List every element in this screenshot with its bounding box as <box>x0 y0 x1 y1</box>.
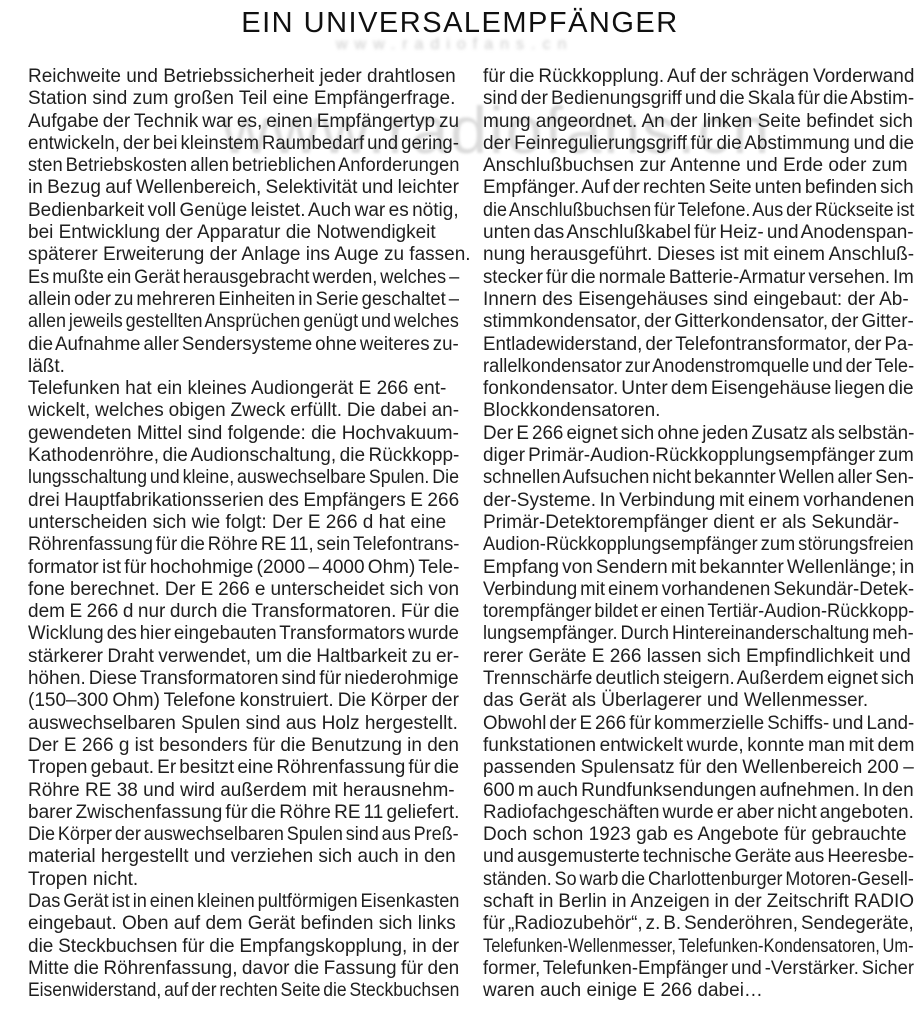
text-line: entwickeln, der bei kleinstem Raumbedarf… <box>28 133 449 155</box>
left-column: Reichweite und Betriebssicherheit jeder … <box>28 66 459 1002</box>
text-line: Wicklung des hier eingebauten Transforma… <box>28 623 451 645</box>
text-line: (150–300 Ohm) Telefone konstruiert. Die … <box>28 690 459 712</box>
text-line: Audion-Rückkopplungsempfänger zum störun… <box>483 534 897 556</box>
text-line: stimmkondensator, der Gitterkondensator,… <box>483 311 910 333</box>
text-line: Station sind zum großen Teil eine Empfän… <box>28 88 459 110</box>
text-line: Verbindung mit einem vorhandenen Sekundä… <box>483 579 905 601</box>
text-line: Innern des Eisengehäuses sind eingebaut:… <box>483 289 914 311</box>
text-line: Eisenwiderstand, auf der rechten Seite d… <box>28 980 425 1002</box>
text-line: stärkerer Draht verwendet, um die Haltba… <box>28 646 459 668</box>
text-line: der-Systeme. In Verbindung mit einem vor… <box>483 490 914 512</box>
text-line: barer Zwischenfassung für die Röhre RE 1… <box>28 802 459 824</box>
text-line: Entladewiderstand, der Telefontransforma… <box>483 334 908 356</box>
text-line: unten das Anschlußkabel für Heiz- und An… <box>483 222 914 244</box>
text-line: läßt. <box>28 356 459 378</box>
text-line: in Bezug auf Wellenbereich, Selektivität… <box>28 177 459 199</box>
text-line: Anschlußbuchsen zur Antenne und Erde ode… <box>483 155 914 177</box>
text-line: bei Entwicklung der Apparatur die Notwen… <box>28 222 459 244</box>
text-line: rallelkondensator zur Anodenstromquelle … <box>483 356 897 378</box>
text-line: der Feinregulierungsgriff für die Abstim… <box>483 133 914 155</box>
text-line: das Gerät als Überlagerer und Wellenmess… <box>483 690 914 712</box>
text-line: former, Telefunken-Empfänger und -Verstä… <box>483 958 900 980</box>
text-line: Reichweite und Betriebssicherheit jeder … <box>28 66 459 88</box>
text-line: für die Rückkopplung. Auf der schrägen V… <box>483 66 914 88</box>
text-line: material hergestellt und verziehen sich … <box>28 846 459 868</box>
text-line: lungsempfänger. Durch Hintereinanderscha… <box>483 623 896 645</box>
text-line: torempfänger bildet er einen Tertiär-Aud… <box>483 601 897 623</box>
text-line: nung herausgeführt. Dieses ist mit einem… <box>483 244 914 266</box>
text-line: die Anschlußbuchsen für Telefone. Aus de… <box>483 200 889 222</box>
text-line: ständen. So warb die Charlottenburger Mo… <box>483 869 889 891</box>
text-line: Obwohl der E 266 für kommerzielle Schiff… <box>483 713 907 735</box>
text-line: für „Radiozubehör“, z. B. Senderöhren, S… <box>483 913 909 935</box>
text-line: Der E 266 eignet sich ohne jeden Zusatz … <box>483 423 910 445</box>
text-line: passenden Spulensatz für den Wellenberei… <box>483 757 914 779</box>
text-line: wickelt, welches obigen Zweck erfüllt. D… <box>28 400 459 422</box>
text-line: waren auch einige E 266 dabei… <box>483 980 914 1002</box>
text-line: die Steckbuchsen für die Empfangskopplun… <box>28 936 459 958</box>
text-line: stecker für die normale Batterie-Armatur… <box>483 267 905 289</box>
text-line: dem E 266 d nur durch die Transformatore… <box>28 601 459 623</box>
text-line: diger Primär-Audion-Rückkopplungsempfäng… <box>483 445 912 467</box>
text-line: auswechselbaren Spulen sind aus Holz her… <box>28 713 459 735</box>
text-line: Röhre RE 38 und wird außerdem mit heraus… <box>28 780 459 802</box>
text-line: allen jeweils gestellten Ansprüchen genü… <box>28 311 435 333</box>
text-line: Aufgabe der Technik war es, einen Empfän… <box>28 111 459 133</box>
text-line: Primär-Detektorempfänger dient er als Se… <box>483 512 914 534</box>
text-line: schnellen Aufsuchen nicht bekannter Well… <box>483 467 900 489</box>
text-line: Die Körper der auswechselbaren Spulen si… <box>28 824 436 846</box>
text-line: die Aufnahme aller Sendersysteme ohne we… <box>28 334 453 356</box>
text-line: lungsschaltung und kleine, auswechselbar… <box>28 467 433 489</box>
right-column: für die Rückkopplung. Auf der schrägen V… <box>483 66 914 1002</box>
text-line: fone berechnet. Der E 266 e unterscheide… <box>28 579 459 601</box>
text-line: Radiofachgeschäften wurde er aber nicht … <box>483 802 909 824</box>
text-line: späterer Erweiterung der Anlage ins Auge… <box>28 244 459 266</box>
text-line: Telefunken-Wellenmesser, Telefunken-Kond… <box>483 936 857 958</box>
text-line: Kathodenröhre, die Audionschaltung, die … <box>28 445 459 467</box>
text-line: Mitte die Röhrenfassung, davor die Fassu… <box>28 958 459 980</box>
text-line: funkstationen entwickelt wurde, konnte m… <box>483 735 914 757</box>
text-line: gewendeten Mittel sind folgende: die Hoc… <box>28 423 459 445</box>
text-line: höhen. Diese Transformatoren sind für ni… <box>28 668 456 690</box>
text-line: mung angeordnet. An der linken Seite bef… <box>483 111 914 133</box>
text-line: Bedienbarkeit voll Genüge leistet. Auch … <box>28 200 459 222</box>
text-line: Tropen gebaut. Er besitzt eine Röhrenfas… <box>28 757 459 779</box>
text-line: Trennschärfe deutlich steigern. Außerdem… <box>483 668 907 690</box>
text-line: Das Gerät ist in einen kleinen pultförmi… <box>28 891 440 913</box>
text-line: Telefunken hat ein kleines Audiongerät E… <box>28 378 459 400</box>
text-line: Tropen nicht. <box>28 869 459 891</box>
text-line: Blockkondensatoren. <box>483 400 914 422</box>
text-line: schaft in Berlin in Anzeigen in der Zeit… <box>483 891 914 913</box>
text-line: 600 m auch Rundfunksendungen aufnehmen. … <box>483 780 914 802</box>
text-line: sind der Bedienungsgriff und die Skala f… <box>483 88 911 110</box>
text-line: rerer Geräte E 266 lassen sich Empfindli… <box>483 646 914 668</box>
text-line: Es mußte ein Gerät herausgebracht werden… <box>28 267 442 289</box>
text-line: Der E 266 g ist besonders für die Benutz… <box>28 735 459 757</box>
text-line: Doch schon 1923 gab es Angebote für gebr… <box>483 824 914 846</box>
text-line: drei Hauptfabrikationsserien des Empfäng… <box>28 490 459 512</box>
text-line: eingebaut. Oben auf dem Gerät befinden s… <box>28 913 459 935</box>
text-line: und ausgemusterte technische Geräte aus … <box>483 846 904 868</box>
text-line: unterscheiden sich wie folgt: Der E 266 … <box>28 512 459 534</box>
article-body: Reichweite und Betriebssicherheit jeder … <box>28 66 914 1002</box>
text-line: allein oder zu mehreren Einheiten in Ser… <box>28 289 446 311</box>
text-line: Röhrenfassung für die Röhre RE 11, sein … <box>28 534 445 556</box>
text-line: fonkondensator. Unter dem Eisengehäuse l… <box>483 378 914 400</box>
page-title: EIN UNIVERSALEMPFÄNGER <box>0 7 920 40</box>
text-line: Empfang von Sendern mit bekannter Wellen… <box>483 557 914 579</box>
document-page: www.radiofans.cn www.radiofans.cn EIN UN… <box>0 0 920 1035</box>
text-line: Empfänger. Auf der rechten Seite unten b… <box>483 177 910 199</box>
text-line: formator ist für hochohmige (2000 – 4000… <box>28 557 459 579</box>
text-line: sten Betriebskosten allen betrieblichen … <box>28 155 445 177</box>
